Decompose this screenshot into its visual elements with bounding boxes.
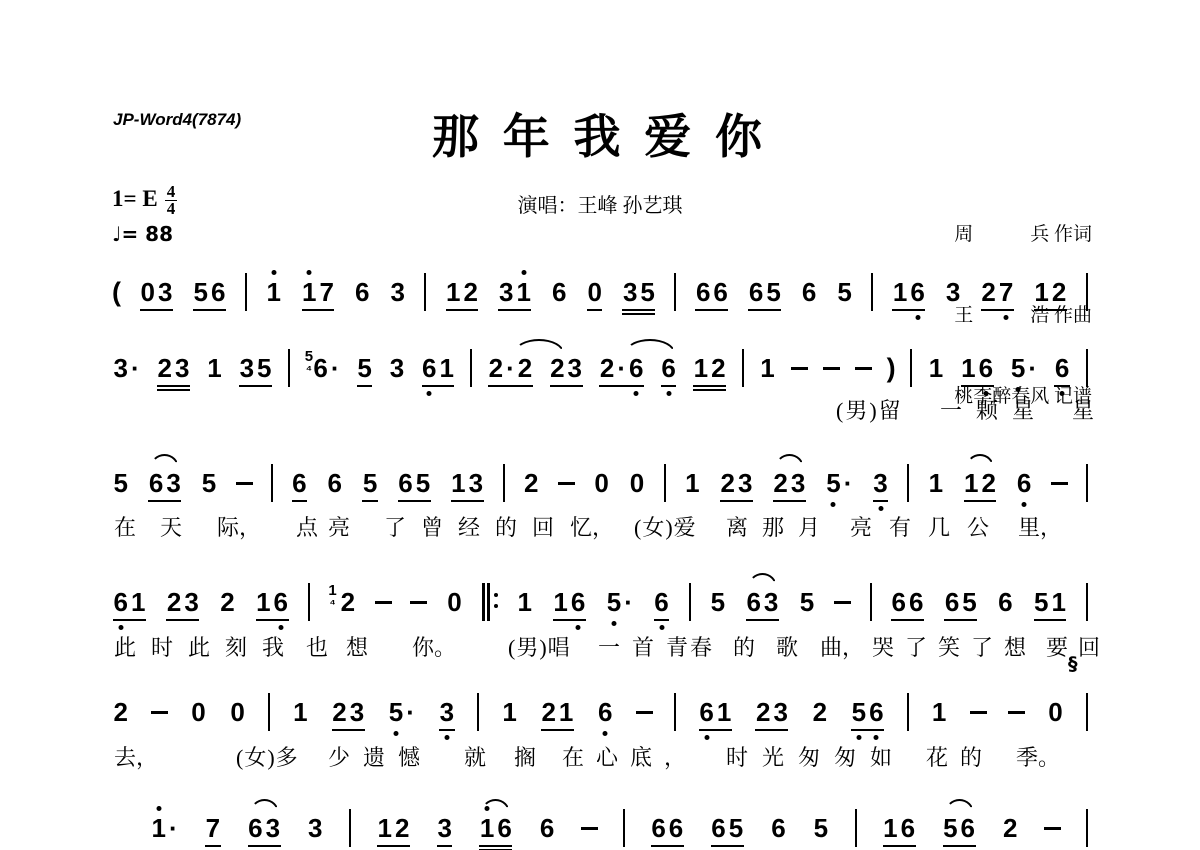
note-digit: 6 <box>421 353 438 383</box>
repeat-start-barline <box>482 583 498 621</box>
note-digit: 1 <box>557 697 574 727</box>
note: 1 <box>206 353 223 383</box>
note-digit: 6 <box>397 468 414 498</box>
note-digit: 2 <box>710 353 727 383</box>
barline <box>674 273 676 311</box>
note: 3· <box>112 353 141 383</box>
barline <box>1086 809 1088 847</box>
note-digit: 1 <box>882 813 899 843</box>
note-digit: 6 <box>710 813 727 843</box>
note-digit: 6 <box>959 813 976 843</box>
note: 13 <box>450 468 485 498</box>
note-digit: 1 <box>255 587 272 617</box>
duration-dash <box>791 367 808 370</box>
note-digit: 6 <box>997 587 1014 617</box>
note-digit: 6 <box>667 813 684 843</box>
barline <box>907 464 909 502</box>
lyric-segment: 去， <box>114 741 158 772</box>
barline <box>268 693 270 731</box>
note: 2·6 <box>598 353 645 383</box>
meter-change-top: 1 <box>328 583 336 598</box>
note-digit: 1 <box>1033 277 1050 307</box>
note-digit: 6 <box>800 277 817 307</box>
note: 5 <box>200 468 217 498</box>
duration-dash <box>375 601 392 604</box>
note: 1· <box>150 813 179 843</box>
note-digit: 5 <box>200 468 217 498</box>
note-digit: 3 <box>238 353 255 383</box>
note: 35 <box>238 353 273 383</box>
note-digit: 6 <box>597 697 614 727</box>
note-digit: 7 <box>997 277 1014 307</box>
note-digit: 1 <box>927 353 944 383</box>
note-digit: 6 <box>496 813 513 843</box>
note-digit: 6 <box>899 813 916 843</box>
note-digit: 3 <box>307 813 324 843</box>
barline <box>1086 693 1088 731</box>
lyric-segment: (男)唱 <box>508 631 571 662</box>
note-digit: 7 <box>204 813 221 843</box>
note: 5 <box>361 468 378 498</box>
note: 12 <box>963 468 998 498</box>
note-digit: 6 <box>694 277 711 307</box>
note-digit: 2 <box>1050 277 1067 307</box>
note-digit: 0 <box>593 468 610 498</box>
lyric-segment: 花的 <box>926 741 994 772</box>
duration-dash <box>1008 711 1025 714</box>
note-digit: 1 <box>301 277 318 307</box>
note-digit: 1 <box>445 277 462 307</box>
barline <box>271 464 273 502</box>
note-digit: 3 <box>183 587 200 617</box>
lyric-segment: 你。 <box>412 631 456 662</box>
note-digit: 3 <box>264 813 281 843</box>
note-digit: 1 <box>450 468 467 498</box>
note-digit: 2 <box>219 587 236 617</box>
note: 1 <box>501 697 518 727</box>
note-digit: 6 <box>1015 468 1032 498</box>
note-digit: 3 <box>438 697 455 727</box>
barline <box>623 809 625 847</box>
lyric-segment: 点亮 <box>296 511 360 542</box>
note: 2 <box>219 587 236 617</box>
note-digit: 5 <box>850 697 867 727</box>
note: 1 <box>265 277 282 307</box>
note-digit: 2 <box>754 697 771 727</box>
lyric-segment: 曲， <box>820 631 864 662</box>
note: 12 <box>376 813 411 843</box>
note: 6 <box>550 277 567 307</box>
note-digit: 3 <box>736 468 753 498</box>
note-digit: 6 <box>660 353 677 383</box>
tempo-marking: ♩= 88 <box>112 222 173 246</box>
barline <box>1086 464 1088 502</box>
duration-dash <box>970 711 987 714</box>
lyric-segment: 要回 <box>1046 631 1110 662</box>
note: 27 <box>980 277 1015 307</box>
note-digit: 6 <box>291 468 308 498</box>
augmentation-dot: · <box>842 468 854 498</box>
duration-dash <box>855 367 872 370</box>
note-digit: 3 <box>173 353 190 383</box>
augmentation-dot: · <box>616 353 628 383</box>
sheet-page: { "brand": "JP-Word4(7874)", "title": "那… <box>0 0 1200 850</box>
music-line: 612321614201165·656356665651 <box>112 582 1088 622</box>
note: 31 <box>497 277 532 307</box>
augmentation-dot: · <box>505 353 517 383</box>
note: 2 <box>339 587 356 617</box>
duration-dash <box>558 482 575 485</box>
note-digit: 6 <box>907 587 924 617</box>
key-signature: 1= E44 <box>112 184 177 217</box>
note: 23 <box>754 697 789 727</box>
note-digit: 5 <box>1033 587 1050 617</box>
note-digit: 6 <box>272 587 289 617</box>
duration-dash <box>834 601 851 604</box>
barline <box>907 693 909 731</box>
music-line: 1·763312316666656516562 <box>150 808 1088 848</box>
barline <box>871 273 873 311</box>
parenthesis: ) <box>887 353 896 384</box>
note: 3 <box>438 697 455 727</box>
note-digit: 1 <box>515 277 532 307</box>
note: 3 <box>944 277 961 307</box>
barline <box>855 809 857 847</box>
tie-arc <box>966 454 995 468</box>
note: 63 <box>745 587 780 617</box>
tie-arc <box>748 573 777 587</box>
note-digit: 6 <box>550 277 567 307</box>
credit-lyricist: 周 兵 作词 <box>954 221 1092 248</box>
note-digit: 0 <box>1047 697 1064 727</box>
note: 1 <box>927 468 944 498</box>
barline <box>245 273 247 311</box>
note-digit: 3 <box>497 277 514 307</box>
note: 7 <box>204 813 221 843</box>
note-digit: 3 <box>157 277 174 307</box>
barline <box>664 464 666 502</box>
note-digit: 2 <box>540 697 557 727</box>
note: 65 <box>397 468 432 498</box>
note: 5· <box>387 697 416 727</box>
note: 6 <box>1015 468 1032 498</box>
note-digit: 1 <box>438 353 455 383</box>
note-digit: 2 <box>487 353 504 383</box>
note-digit: 5 <box>812 813 829 843</box>
note: 1 <box>930 697 947 727</box>
note-digit: 5 <box>798 587 815 617</box>
note: 66 <box>650 813 685 843</box>
note-digit: 0 <box>139 277 156 307</box>
note-digit: 5 <box>605 587 622 617</box>
music-line: 3·23135546·53612·2232·66121)1165·6 <box>112 348 1088 388</box>
barline <box>1086 349 1088 387</box>
note-digit: 5 <box>361 468 378 498</box>
note: 5 <box>112 468 129 498</box>
note-digit: 5 <box>1009 353 1026 383</box>
lyric-segment: 天 <box>160 511 182 542</box>
note-digit: 1 <box>692 353 709 383</box>
note-digit: 0 <box>628 468 645 498</box>
note-digit: 6 <box>909 277 926 307</box>
note-digit: 1 <box>150 813 167 843</box>
note: 1 <box>684 468 701 498</box>
duration-dash <box>1051 482 1068 485</box>
note: 56 <box>942 813 977 843</box>
note-digit: 2 <box>165 587 182 617</box>
note-digit: 2 <box>772 468 789 498</box>
note: 5· <box>1009 353 1038 383</box>
note: 5· <box>605 587 634 617</box>
note-digit: 3 <box>467 468 484 498</box>
note: 5 <box>812 813 829 843</box>
note-digit: 6 <box>943 587 960 617</box>
note-digit: 1 <box>927 468 944 498</box>
note: 23 <box>549 353 584 383</box>
note: 23 <box>156 353 191 383</box>
duration-dash <box>1044 827 1061 830</box>
note: 23 <box>772 468 807 498</box>
note-digit: 1 <box>930 697 947 727</box>
lyric-row: 在天际，点亮了曾经的回忆，(女)爱离那月亮有几公里， <box>0 511 1200 541</box>
note-digit: 2 <box>549 353 566 383</box>
note: 56 <box>850 697 885 727</box>
meter-change-bottom: 4 <box>330 599 335 606</box>
note: 3 <box>389 277 406 307</box>
note-digit: 3 <box>789 468 806 498</box>
note-digit: 6 <box>712 277 729 307</box>
note-digit: 2 <box>112 697 129 727</box>
note-digit: 1 <box>759 353 776 383</box>
note: 6 <box>1053 353 1070 383</box>
augmentation-dot: · <box>329 353 341 383</box>
note: 3 <box>388 353 405 383</box>
note-digit: 6 <box>326 468 343 498</box>
tie-arc <box>775 454 804 468</box>
note: 6 <box>538 813 555 843</box>
note: 0 <box>229 697 246 727</box>
note: 2 <box>1002 813 1019 843</box>
lyric-segment: 季。 <box>1016 741 1060 772</box>
tie-arc <box>625 339 675 353</box>
lyric-segment: 忆， <box>570 511 614 542</box>
tie-arc <box>945 799 974 813</box>
note-digit: 2 <box>598 353 615 383</box>
tie-arc <box>514 339 564 353</box>
note-digit: 6 <box>569 587 586 617</box>
note: 5 <box>798 587 815 617</box>
note-digit: 5 <box>825 468 842 498</box>
barline <box>910 349 912 387</box>
note-digit: 2 <box>980 468 997 498</box>
note-digit: 2 <box>462 277 479 307</box>
note-digit: 6 <box>890 587 907 617</box>
note-digit: 6 <box>209 277 226 307</box>
tie-arc <box>150 454 179 468</box>
lyric-segment: 此时此刻我 <box>114 631 299 662</box>
note: 0 <box>593 468 610 498</box>
note-digit: 2 <box>156 353 173 383</box>
note: 66 <box>890 587 925 617</box>
note-digit: 1 <box>715 697 732 727</box>
note-digit: 1 <box>1050 587 1067 617</box>
note-digit: 1 <box>891 277 908 307</box>
note-digit: 3 <box>348 697 365 727</box>
note: 35 <box>621 277 656 307</box>
music-line: 56356656513200123235·31126 <box>112 463 1088 503</box>
note-digit: 1 <box>292 697 309 727</box>
note-digit: 3 <box>112 353 129 383</box>
note-digit: 6 <box>312 353 329 383</box>
note-digit: 5 <box>192 277 209 307</box>
note-digit: 6 <box>698 697 715 727</box>
note-digit: 6 <box>650 813 667 843</box>
note: 16 <box>255 587 290 617</box>
barline <box>470 349 472 387</box>
barline <box>1086 273 1088 311</box>
note: 12 <box>692 353 727 383</box>
note: 66 <box>694 277 729 307</box>
lyric-segment: 就 <box>464 741 486 772</box>
note: 16 <box>882 813 917 843</box>
barline <box>349 809 351 847</box>
note-digit: 0 <box>446 587 463 617</box>
note: 6 <box>997 587 1014 617</box>
note: 16 <box>478 813 513 843</box>
note-digit: 3 <box>388 353 405 383</box>
note-digit: 6 <box>628 353 645 383</box>
barline <box>503 464 505 502</box>
note-digit: 6 <box>977 353 994 383</box>
note-digit: 5 <box>256 353 273 383</box>
lyric-segment: 少遗憾 <box>328 741 433 772</box>
note-digit: 7 <box>318 277 335 307</box>
augmentation-dot: · <box>167 813 179 843</box>
note-digit: 2 <box>516 353 533 383</box>
note: 65 <box>747 277 782 307</box>
note-digit: 6 <box>538 813 555 843</box>
note-digit: 6 <box>747 277 764 307</box>
note: 5 <box>836 277 853 307</box>
note-digit: 1 <box>963 468 980 498</box>
barline <box>674 693 676 731</box>
note: 6 <box>660 353 677 383</box>
lyric-segment: 星 <box>1072 394 1094 425</box>
lyric-segment: 搁 <box>514 741 536 772</box>
note-digit: 0 <box>229 697 246 727</box>
duration-dash <box>236 482 253 485</box>
note: 23 <box>165 587 200 617</box>
note-digit: 5 <box>112 468 129 498</box>
note-digit: 3 <box>436 813 453 843</box>
note: 6· <box>312 353 341 383</box>
lyric-segment: 离那月 <box>726 511 834 542</box>
note-digit: 5 <box>387 697 404 727</box>
barline <box>742 349 744 387</box>
note: 0 <box>586 277 603 307</box>
note-digit: 2 <box>719 468 736 498</box>
note: 16 <box>891 277 926 307</box>
duration-dash <box>581 827 598 830</box>
note-digit: 6 <box>353 277 370 307</box>
note: 6 <box>800 277 817 307</box>
note: 5 <box>709 587 726 617</box>
note-digit: 6 <box>1053 353 1070 383</box>
note: 3 <box>436 813 453 843</box>
note: 21 <box>540 697 575 727</box>
note: 2 <box>811 697 828 727</box>
lyric-segment: 的 <box>733 631 755 662</box>
note-digit: 5 <box>709 587 726 617</box>
note: 1 <box>927 353 944 383</box>
key-tonic: 1= E <box>112 186 158 211</box>
lyric-row: 此时此刻我也想你。(男)唱一首青春的歌曲，哭了笑了想要回 <box>0 631 1200 661</box>
note-digit: 1 <box>501 697 518 727</box>
note: 63 <box>147 468 182 498</box>
note-digit: 2 <box>1002 813 1019 843</box>
note-digit: 3 <box>872 468 889 498</box>
note: 5· <box>825 468 854 498</box>
meter-change-bottom: 4 <box>306 365 311 372</box>
tie-arc <box>250 799 279 813</box>
parenthesis: ( <box>112 277 121 308</box>
barline <box>689 583 691 621</box>
note-digit: 1 <box>206 353 223 383</box>
note-digit: 1 <box>552 587 569 617</box>
tie-arc <box>481 799 510 813</box>
duration-dash <box>823 367 840 370</box>
lyric-segment: 哭了笑了想 <box>872 631 1037 662</box>
note-digit: 5 <box>414 468 431 498</box>
note-digit: 5 <box>765 277 782 307</box>
note-digit: 2 <box>393 813 410 843</box>
note: 17 <box>301 277 336 307</box>
note: 16 <box>552 587 587 617</box>
note: 2 <box>112 697 129 727</box>
note-digit: 2 <box>339 587 356 617</box>
lyric-segment: 了曾经的回 <box>384 511 569 542</box>
note-digit: 1 <box>684 468 701 498</box>
lyric-segment: 际， <box>217 511 261 542</box>
note: 6 <box>291 468 308 498</box>
note: 61 <box>698 697 733 727</box>
barline <box>870 583 872 621</box>
note-digit: 3 <box>389 277 406 307</box>
note-digit: 6 <box>868 697 885 727</box>
lyric-segment: 一首青 <box>598 631 700 662</box>
lyric-segment: 在 <box>114 511 136 542</box>
note: 2 <box>522 468 539 498</box>
note: 1 <box>516 587 533 617</box>
note-digit: 1 <box>960 353 977 383</box>
note-digit: 5 <box>836 277 853 307</box>
note: 23 <box>719 468 754 498</box>
note-digit: 2 <box>980 277 997 307</box>
note-digit: 5 <box>356 353 373 383</box>
note: 6 <box>770 813 787 843</box>
time-signature-bottom: 4 <box>165 201 178 217</box>
duration-dash <box>151 711 168 714</box>
barline <box>424 273 426 311</box>
note-digit: 5 <box>639 277 656 307</box>
note-digit: 6 <box>247 813 264 843</box>
lyric-segment: (女)多 <box>236 741 299 772</box>
note-digit: 0 <box>190 697 207 727</box>
lyric-segment: 时光匆匆如 <box>726 741 906 772</box>
barline <box>308 583 310 621</box>
note: 5 <box>356 353 373 383</box>
lyric-segment: 春 <box>690 631 712 662</box>
